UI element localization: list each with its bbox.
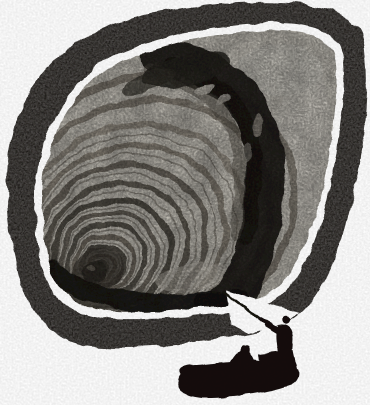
shell-illustration: Black-and-white halftone illustration: a…	[0, 0, 370, 405]
page-root: Black-and-white halftone illustration: a…	[0, 0, 370, 405]
print-grain	[0, 0, 370, 405]
